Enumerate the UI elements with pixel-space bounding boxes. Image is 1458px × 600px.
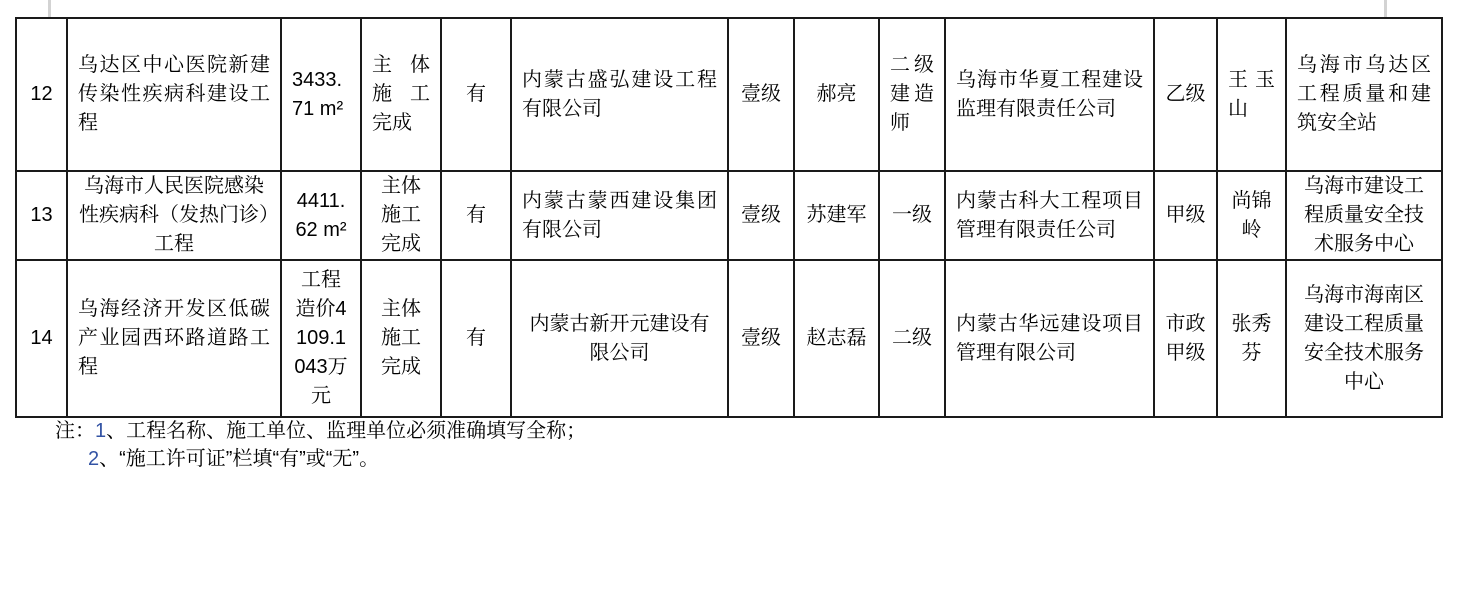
cell-supervisor: 乌海市华夏工程建设监理有限责任公司 [945,18,1154,171]
cell-construction-permit: 有 [441,18,511,171]
cell-supervisor-level: 市政甲级 [1154,260,1217,417]
cell-contractor: 内蒙古蒙西建设集团有限公司 [511,171,728,260]
table-row: 12 乌达区中心医院新建传染性疾病科建设工程 3433.71 m² 主体施工完成… [16,18,1442,171]
cell-serial-number: 13 [16,171,67,260]
cell-chief-engineer: 王玉山 [1217,18,1286,171]
cell-contractor-level: 壹级 [728,171,794,260]
cell-progress-status: 主体施工完成 [361,260,441,417]
cell-project-manager: 郝亮 [794,18,879,171]
footnote-text: 、工程名称、施工单位、监理单位必须准确填写全称； [106,420,586,442]
footnote-line-2: 2、“施工许可证”栏填“有”或“无”。 [88,447,379,471]
footnote-number: 2 [88,448,99,470]
cell-quality-station: 乌海市乌达区工程质量和建筑安全站 [1286,18,1442,171]
cell-project-name: 乌海经济开发区低碳产业园西环路道路工程 [67,260,281,417]
cell-project-scale: 4411.62 m² [281,171,361,260]
cell-chief-engineer: 尚锦岭 [1217,171,1286,260]
cell-contractor-level: 壹级 [728,260,794,417]
cell-quality-station: 乌海市建设工程质量安全技术服务中心 [1286,171,1442,260]
cell-supervisor-level: 甲级 [1154,171,1217,260]
cropped-row-border-artifact-right [1384,0,1387,17]
cell-supervisor-level: 乙级 [1154,18,1217,171]
cropped-row-border-artifact-left [48,0,51,17]
cell-project-scale: 工程造价4109.1043万元 [281,260,361,417]
cell-manager-cert: 二级 [879,260,945,417]
cell-quality-station: 乌海市海南区建设工程质量安全技术服务中心 [1286,260,1442,417]
cell-manager-cert: 二级建造师 [879,18,945,171]
cell-project-manager: 赵志磊 [794,260,879,417]
footnote-line-1: 注：1、工程名称、施工单位、监理单位必须准确填写全称； [55,419,586,443]
cell-serial-number: 14 [16,260,67,417]
cell-contractor: 内蒙古新开元建设有限公司 [511,260,728,417]
cell-supervisor: 内蒙古科大工程项目管理有限责任公司 [945,171,1154,260]
footnote-number: 1 [95,420,106,442]
document-page: 12 乌达区中心医院新建传染性疾病科建设工程 3433.71 m² 主体施工完成… [0,0,1458,600]
cell-project-scale: 3433.71 m² [281,18,361,171]
cell-serial-number: 12 [16,18,67,171]
cell-project-name: 乌达区中心医院新建传染性疾病科建设工程 [67,18,281,171]
cell-construction-permit: 有 [441,260,511,417]
cell-project-name: 乌海市人民医院感染性疾病科（发热门诊）工程 [67,171,281,260]
footnote-text: 、“施工许可证”栏填“有”或“无”。 [99,448,379,470]
cell-contractor: 内蒙古盛弘建设工程有限公司 [511,18,728,171]
cell-manager-cert: 一级 [879,171,945,260]
cell-progress-status: 主体施工完成 [361,171,441,260]
cell-chief-engineer: 张秀芬 [1217,260,1286,417]
table-row: 14 乌海经济开发区低碳产业园西环路道路工程 工程造价4109.1043万元 主… [16,260,1442,417]
footnote-prefix: 注： [55,420,95,442]
construction-projects-table: 12 乌达区中心医院新建传染性疾病科建设工程 3433.71 m² 主体施工完成… [15,17,1443,418]
cell-supervisor: 内蒙古华远建设项目管理有限公司 [945,260,1154,417]
cell-construction-permit: 有 [441,171,511,260]
table-row: 13 乌海市人民医院感染性疾病科（发热门诊）工程 4411.62 m² 主体施工… [16,171,1442,260]
cell-contractor-level: 壹级 [728,18,794,171]
cell-progress-status: 主体施工完成 [361,18,441,171]
cell-project-manager: 苏建军 [794,171,879,260]
